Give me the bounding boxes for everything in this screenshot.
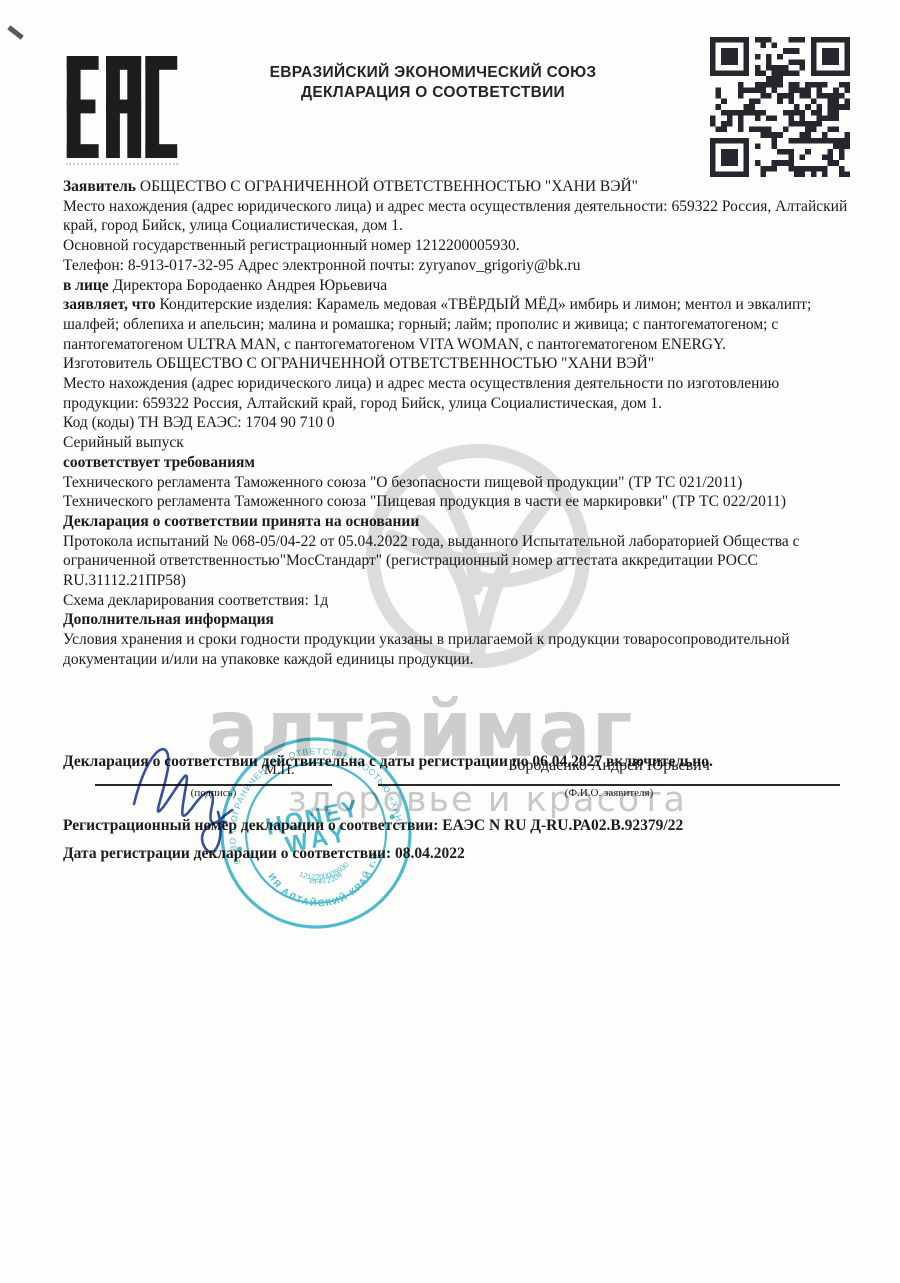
paragraph-tnved-code: Код (коды) ТН ВЭД ЕАЭС: 1704 90 710 0 (63, 413, 858, 433)
paragraph-manufacturer-address: Место нахождения (адрес юридического лиц… (63, 374, 858, 413)
name-line (378, 784, 840, 786)
watermark-globe-icon (360, 438, 596, 674)
name-caption: (Ф.И.О. заявителя) (378, 787, 840, 799)
paragraph-declares: заявляет, что Кондитерские изделия: Кара… (63, 295, 858, 354)
document-title: ЕВРАЗИЙСКИЙ ЭКОНОМИЧЕСКИЙ СОЮЗ ДЕКЛАРАЦИ… (178, 63, 688, 103)
handwritten-signature (118, 726, 328, 871)
title-line2: ДЕКЛАРАЦИЯ О СООТВЕТСТВИИ (178, 83, 688, 103)
paragraph-manufacturer: Изготовитель ОБЩЕСТВО С ОГРАНИЧЕННОЙ ОТВ… (63, 354, 858, 374)
paragraph-address: Место нахождения (адрес юридического лиц… (63, 197, 858, 236)
applicant-name: Бородаенко Андрей Юрьевич (378, 757, 840, 775)
title-line1: ЕВРАЗИЙСКИЙ ЭКОНОМИЧЕСКИЙ СОЮЗ (178, 63, 688, 83)
scan-artifact (7, 25, 23, 39)
paragraph-applicant: Заявитель ОБЩЕСТВО С ОГРАНИЧЕННОЙ ОТВЕТС… (63, 177, 858, 197)
eac-mark-icon (66, 56, 178, 158)
qr-code-icon (706, 37, 854, 177)
paragraph-represented-by: в лице Директора Бородаенко Андрея Юрьев… (63, 276, 858, 296)
paragraph-ogrn: Основной государственный регистрационный… (63, 236, 858, 256)
declaration-document: ЕВРАЗИЙСКИЙ ЭКОНОМИЧЕСКИЙ СОЮЗ ДЕКЛАРАЦИ… (0, 0, 900, 1283)
paragraph-text: ОБЩЕСТВО С ОГРАНИЧЕННОЙ ОТВЕТСТВЕННОСТЬЮ… (136, 178, 638, 195)
paragraph-phone-email: Телефон: 8-913-017-32-95 Адрес электронн… (63, 256, 858, 276)
paragraph-label: Заявитель (63, 178, 136, 195)
eac-scan-texture (66, 163, 178, 165)
